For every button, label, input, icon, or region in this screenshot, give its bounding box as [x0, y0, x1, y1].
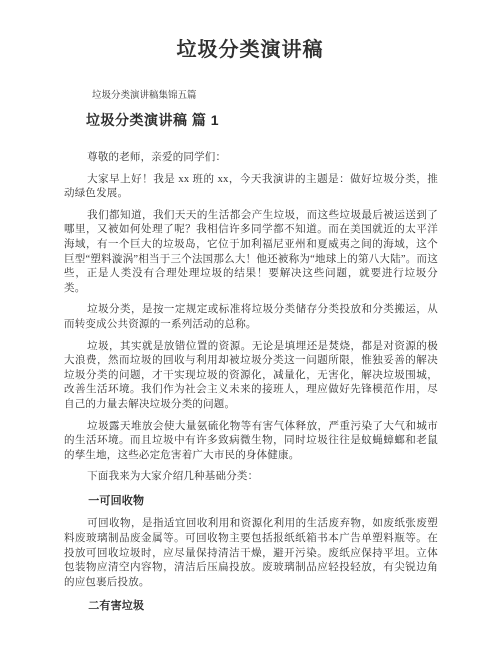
paragraph: 可回收物，是指适宜回收利用和资源化利用的生活废弃物，如废纸张废塑料废玻璃制品废金…: [64, 517, 438, 590]
paragraph: 尊敬的老师，亲爱的同学们：: [64, 151, 438, 166]
paragraph: 我们都知道，我们天天的生活都会产生垃圾，而这些垃圾最后被运送到了哪里，又被如何处…: [64, 209, 438, 297]
document-title: 垃圾分类演讲稿: [0, 38, 500, 62]
paragraph: 垃圾露天堆放会使大量氨硫化物等有害气体释放，严重污染了大气和城市的生活环境。而且…: [64, 420, 438, 464]
subheading: 二有害垃圾: [64, 599, 438, 614]
paragraph: 垃圾，其实就是放错位置的资源。无论是填埋还是焚烧，都是对资源的极大浪费，然而垃圾…: [64, 340, 438, 413]
section-heading: 垃圾分类演讲稿 篇 1: [86, 112, 500, 129]
document-page: 垃圾分类演讲稿 垃圾分类演讲稿集锦五篇 垃圾分类演讲稿 篇 1 尊敬的老师，亲爱…: [0, 0, 500, 647]
paragraph: 大家早上好！我是 xx 班的 xx，今天我演讲的主题是：做好垃圾分类，推动绿色发…: [64, 173, 438, 202]
document-subtitle: 垃圾分类演讲稿集锦五篇: [92, 90, 500, 103]
paragraph: 下面我来为大家介绍几种基础分类：: [64, 470, 438, 485]
subheading: 一可回收物: [64, 494, 438, 509]
paragraph: 垃圾分类，是按一定规定或标准将垃圾分类储存分类投放和分类搬运，从而转变成公共资源…: [64, 303, 438, 332]
document-body: 尊敬的老师，亲爱的同学们：大家早上好！我是 xx 班的 xx，今天我演讲的主题是…: [64, 151, 438, 614]
